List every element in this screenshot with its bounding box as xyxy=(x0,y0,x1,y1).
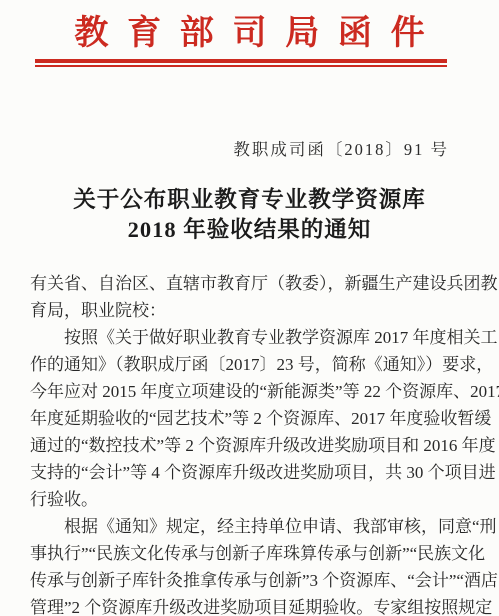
body-line: 作的通知》（教职成厅函〔2017〕23 号，简称《通知》）要求， xyxy=(30,351,458,378)
document-title-line2: 2018 年验收结果的通知 xyxy=(0,215,499,245)
document-title: 关于公布职业教育专业教学资源库 2018 年验收结果的通知 xyxy=(0,185,499,245)
body-line: 支持的“会计”等 4 个资源库升级改进奖励项目，共 30 个项目进 xyxy=(30,459,458,486)
document-body: 有关省、自治区、直辖市教育厅（教委），新疆生产建设兵团教育局，职业院校：按照《关… xyxy=(0,270,499,616)
body-line: 有关省、自治区、直辖市教育厅（教委），新疆生产建设兵团教 xyxy=(30,270,458,297)
document-page: 教育部司局函件 教职成司函〔2018〕91 号 关于公布职业教育专业教学资源库 … xyxy=(0,0,499,616)
body-line: 管理”2 个资源库升级改进奖励项目延期验收。专家组按照规定 xyxy=(30,594,458,616)
document-title-line1: 关于公布职业教育专业教学资源库 xyxy=(0,185,499,215)
letterhead: 教育部司局函件 xyxy=(0,12,499,67)
letterhead-title: 教育部司局函件 xyxy=(0,12,499,56)
body-line: 育局，职业院校： xyxy=(30,297,458,324)
body-line: 通过的“数控技术”等 2 个资源库升级改进奖励项目和 2016 年度 xyxy=(30,432,458,459)
body-line: 年度延期验收的“园艺技术”等 2 个资源库、2017 年度验收暂缓 xyxy=(30,405,458,432)
body-line: 按照《关于做好职业教育专业教学资源库 2017 年度相关工 xyxy=(30,324,458,351)
letterhead-rule-thin xyxy=(35,65,447,67)
body-line: 根据《通知》规定，经主持单位申请、我部审核，同意“刑 xyxy=(30,513,458,540)
document-number: 教职成司函〔2018〕91 号 xyxy=(0,138,499,161)
body-line: 今年应对 2015 年度立项建设的“新能源类”等 22 个资源库、2017 xyxy=(30,378,458,405)
body-line: 行验收。 xyxy=(30,486,458,513)
body-line: 传承与创新子库针灸推拿传承与创新”3 个资源库、“会计”“酒店 xyxy=(30,567,458,594)
letterhead-rule-thick xyxy=(35,59,447,63)
body-line: 事执行”“民族文化传承与创新子库珠算传承与创新”“民族文化 xyxy=(30,540,458,567)
